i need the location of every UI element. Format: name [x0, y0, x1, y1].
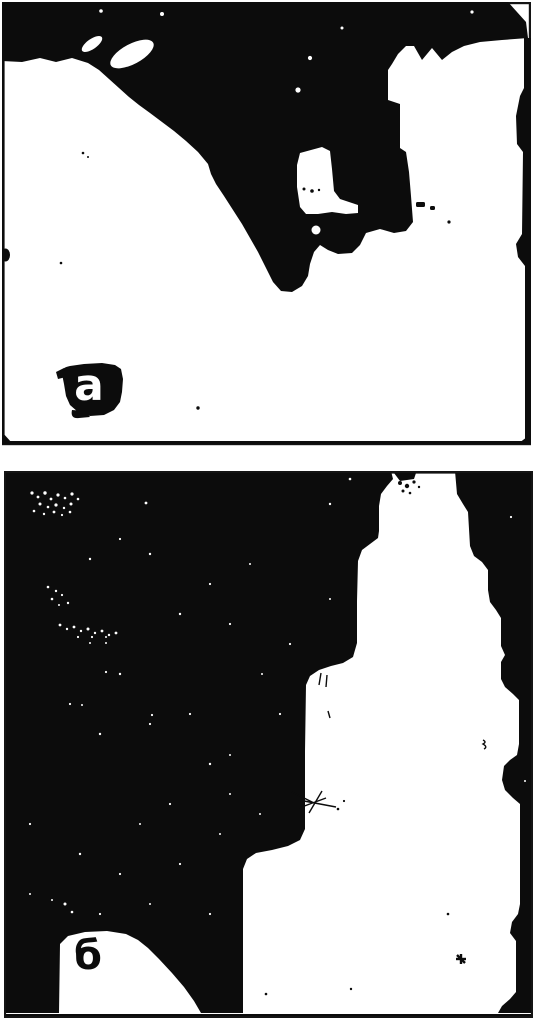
micrograph-panel-b: б — [4, 471, 533, 1018]
panel-a-ink-layer — [2, 2, 531, 444]
micrograph-a-image — [2, 2, 531, 446]
micrograph-panel-a: a — [2, 2, 531, 446]
micrograph-b-image — [4, 471, 533, 1018]
